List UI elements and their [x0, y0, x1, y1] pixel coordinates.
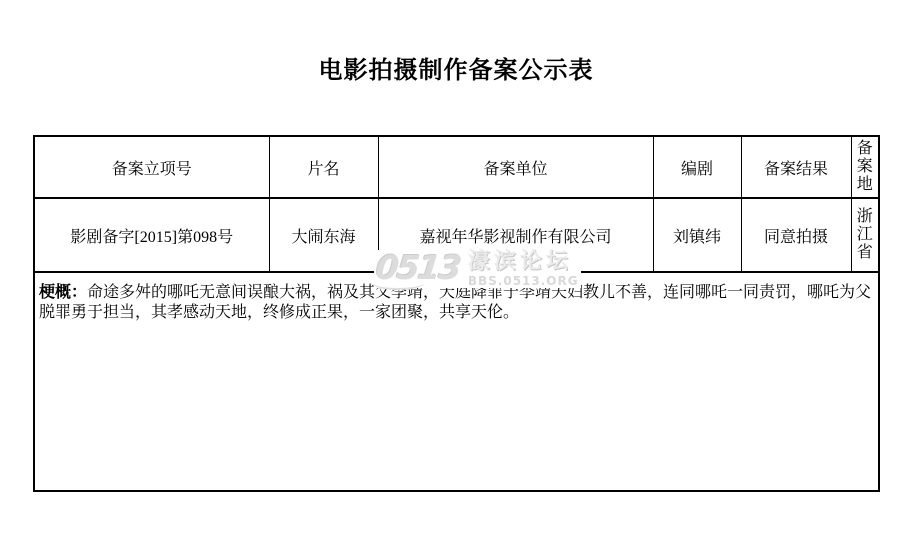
- cell-film-title: 大闹东海: [269, 198, 378, 272]
- table-header-row: 备案立项号 片名 备案单位 编剧 备案结果 备案地: [34, 136, 879, 198]
- header-filing-unit: 备案单位: [378, 136, 653, 198]
- watermark: 0513 濠滨论坛 BBS.0513.ORG: [374, 250, 581, 288]
- synopsis-label: 梗概：: [39, 284, 87, 301]
- cell-filing-result: 同意拍摄: [741, 198, 851, 272]
- header-filing-result: 备案结果: [741, 136, 851, 198]
- cell-screenwriter: 刘镇纬: [653, 198, 741, 272]
- watermark-site-name: 濠滨论坛: [468, 250, 579, 274]
- header-screenwriter: 编剧: [653, 136, 741, 198]
- header-filing-number: 备案立项号: [34, 136, 269, 198]
- filing-table: 备案立项号 片名 备案单位 编剧 备案结果 备案地 影剧备字[2015]第098…: [33, 135, 880, 492]
- watermark-0513-logo: 0513: [374, 250, 462, 286]
- table-synopsis-row: 梗概：命途多舛的哪吒无意间误酿大祸，祸及其父李靖，天庭降罪于李靖夫妇教儿不善，连…: [34, 272, 879, 491]
- header-film-title: 片名: [269, 136, 378, 198]
- cell-filing-number: 影剧备字[2015]第098号: [34, 198, 269, 272]
- synopsis-text: 命途多舛的哪吒无意间误酿大祸，祸及其父李靖，天庭降罪于李靖夫妇教儿不善，连同哪吒…: [39, 284, 871, 321]
- synopsis-cell: 梗概：命途多舛的哪吒无意间误酿大祸，祸及其父李靖，天庭降罪于李靖夫妇教儿不善，连…: [34, 272, 879, 491]
- page-title: 电影拍摄制作备案公示表: [0, 50, 912, 85]
- watermark-site-url: BBS.0513.ORG: [468, 274, 579, 288]
- header-filing-location: 备案地: [851, 136, 879, 198]
- document-page: 电影拍摄制作备案公示表 备案立项号 片名 备案单位 编剧 备案结果 备案地 影剧…: [0, 0, 912, 537]
- cell-filing-location: 浙江省: [851, 198, 879, 272]
- watermark-text-block: 濠滨论坛 BBS.0513.ORG: [468, 250, 579, 288]
